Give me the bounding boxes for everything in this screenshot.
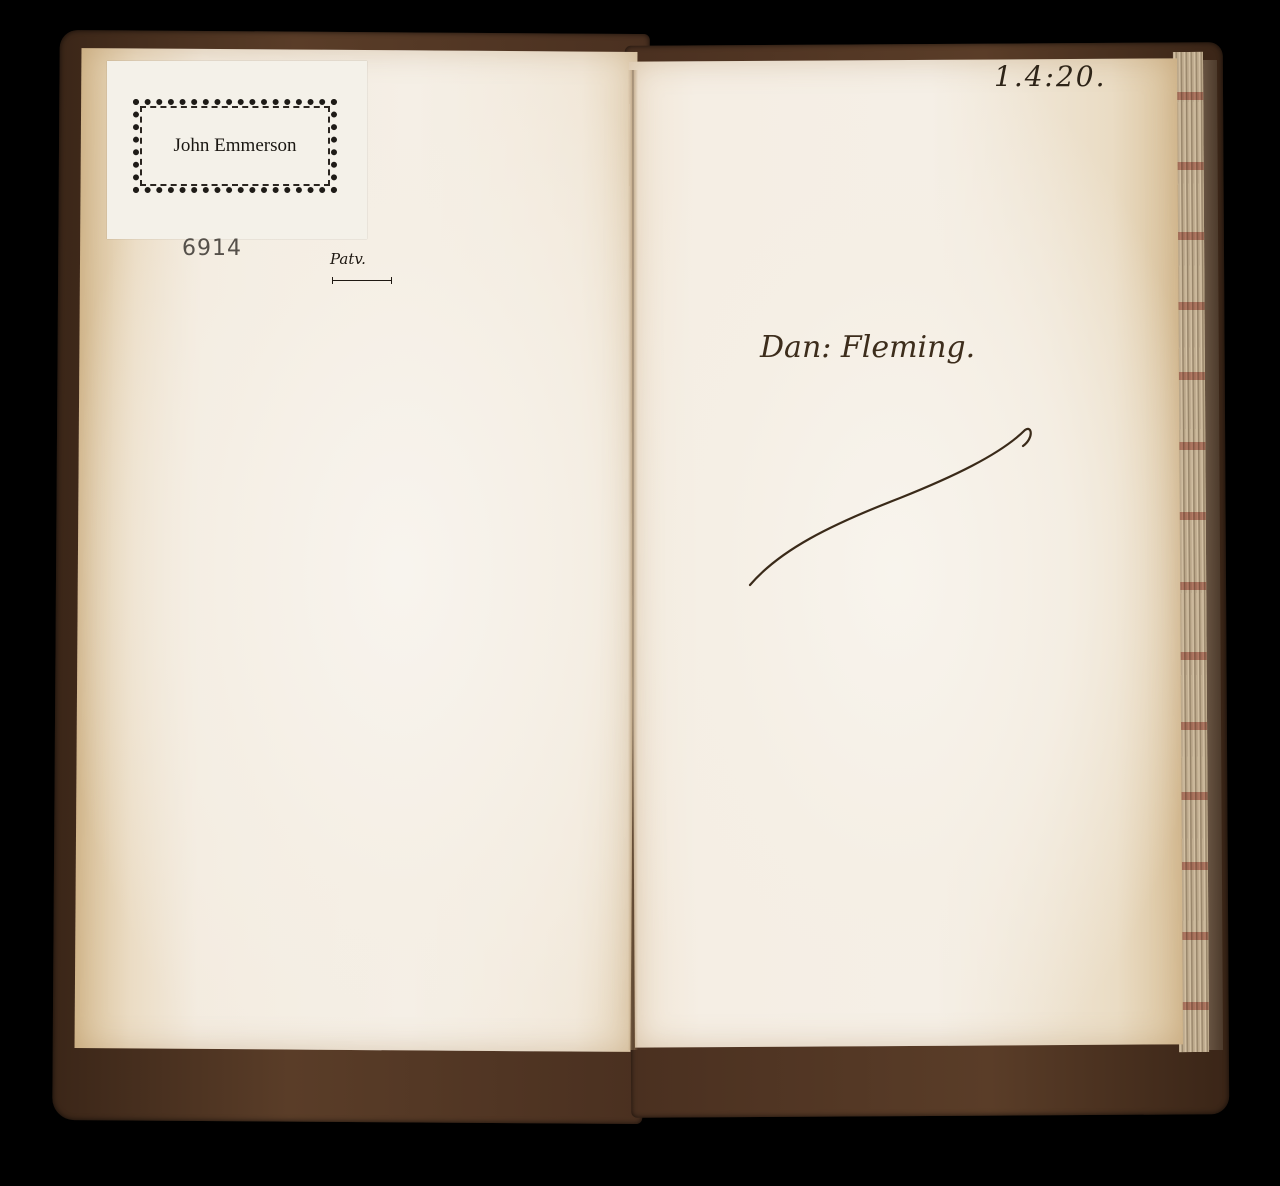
open-book: John Emmerson 6914 Patv. 1.4:20. Dan: Fl… — [0, 0, 1280, 1186]
book-gutter — [628, 70, 638, 1050]
bookplate-owner-name: John Emmerson — [133, 99, 337, 193]
annotation-underline — [332, 280, 392, 281]
bookplate: John Emmerson — [107, 61, 367, 239]
ink-reference-number: 1.4:20. — [994, 60, 1107, 93]
pen-flourish-icon — [740, 420, 1040, 590]
pencil-shelf-number: 6914 — [182, 236, 242, 261]
owner-signature: Dan: Fleming. — [760, 330, 975, 365]
ink-annotation: Patv. — [330, 250, 366, 268]
